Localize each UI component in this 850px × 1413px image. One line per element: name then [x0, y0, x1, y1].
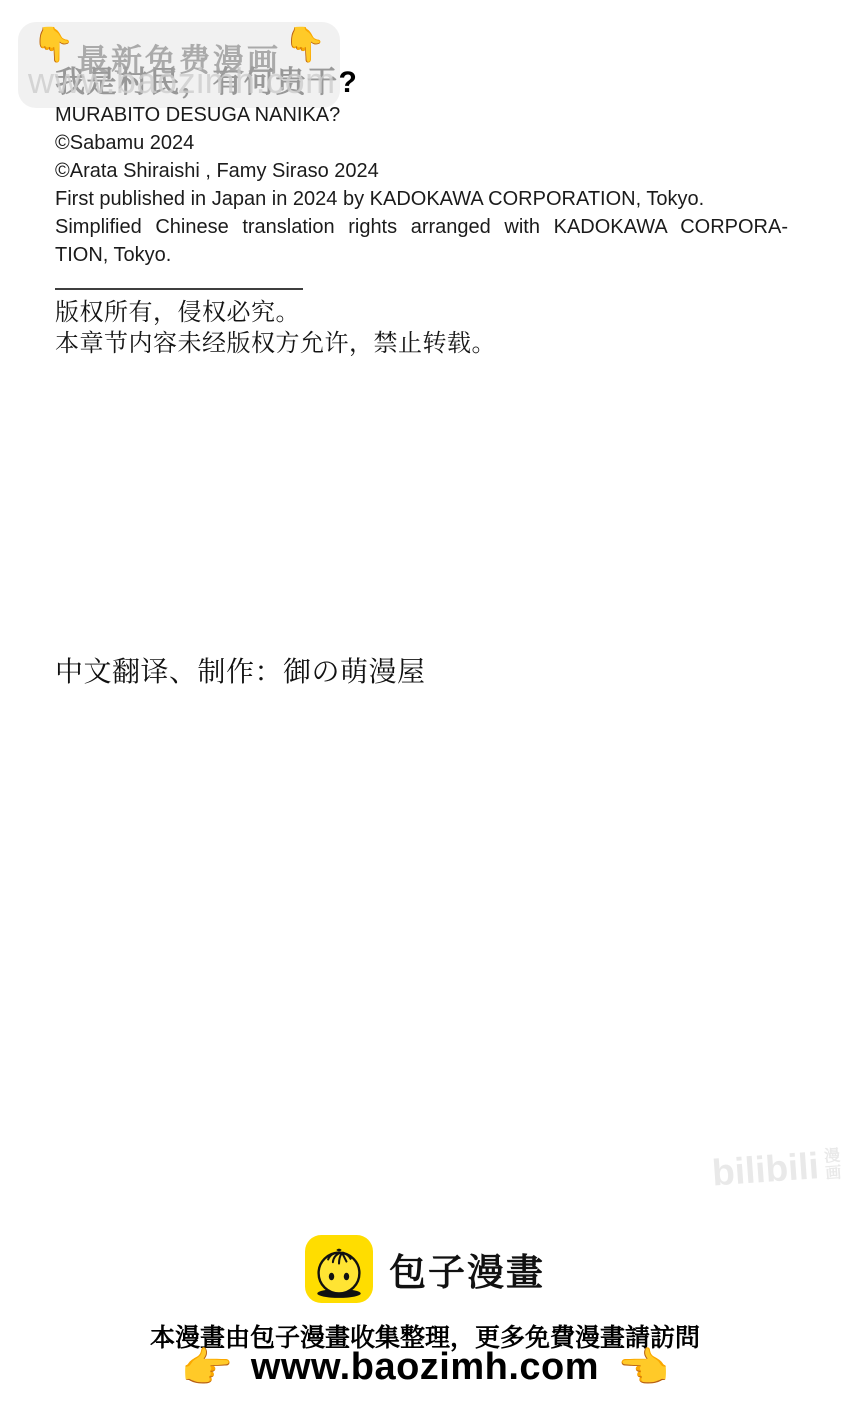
- copyright-line: TION, Tokyo.: [55, 241, 788, 269]
- point-down-icon: 👇: [32, 28, 74, 62]
- copyright-line: First published in Japan in 2024 by KADO…: [55, 185, 788, 213]
- rights-notice-line: 版权所有，侵权必究。: [55, 297, 496, 328]
- copyright-line: Simplified Chinese translation rights ar…: [55, 213, 788, 241]
- bilibili-suffix-top: 漫: [824, 1147, 841, 1165]
- point-left-icon: 👈: [617, 1347, 669, 1389]
- manga-colophon-page: 我是村民，有何贵干? 👇 最新免费漫画 👇 www.baozimh.com MU…: [0, 0, 850, 1413]
- baozi-bun-icon: [305, 1234, 373, 1304]
- rights-notice: 版权所有，侵权必究。 本章节内容未经版权方允许，禁止转载。: [55, 297, 496, 359]
- bilibili-manga-watermark: bilibili 漫 画: [711, 1146, 842, 1192]
- rights-notice-line: 本章节内容未经版权方允许，禁止转载。: [55, 328, 496, 359]
- divider-line: [55, 288, 303, 290]
- point-down-icon: 👇: [284, 28, 326, 62]
- footer-site-url: www.baozimh.com: [251, 1346, 599, 1389]
- watermark-site-url: www.baozimh.com: [28, 60, 336, 102]
- baozimh-watermark-box: 👇 最新免费漫画 👇 www.baozimh.com: [18, 22, 340, 108]
- footer-url-row: 👉 www.baozimh.com 👈: [0, 1346, 850, 1389]
- translation-credit: 中文翻译、制作：御の萌漫屋: [55, 650, 426, 690]
- copyright-block: MURABITO DESUGA NANIKA? ©Sabamu 2024 ©Ar…: [55, 101, 788, 269]
- bilibili-logo-text: bilibili: [711, 1147, 820, 1191]
- brand-name: 包子漫畫: [389, 1242, 545, 1296]
- copyright-line: ©Arata Shiraishi , Famy Siraso 2024: [55, 157, 788, 185]
- brand-row: 包子漫畫: [0, 1234, 850, 1304]
- bilibili-manga-suffix: 漫 画: [824, 1147, 842, 1182]
- copyright-line: ©Sabamu 2024: [55, 129, 788, 157]
- copyright-line: MURABITO DESUGA NANIKA?: [55, 101, 788, 129]
- point-right-icon: 👉: [181, 1347, 233, 1389]
- bilibili-suffix-bottom: 画: [825, 1164, 842, 1182]
